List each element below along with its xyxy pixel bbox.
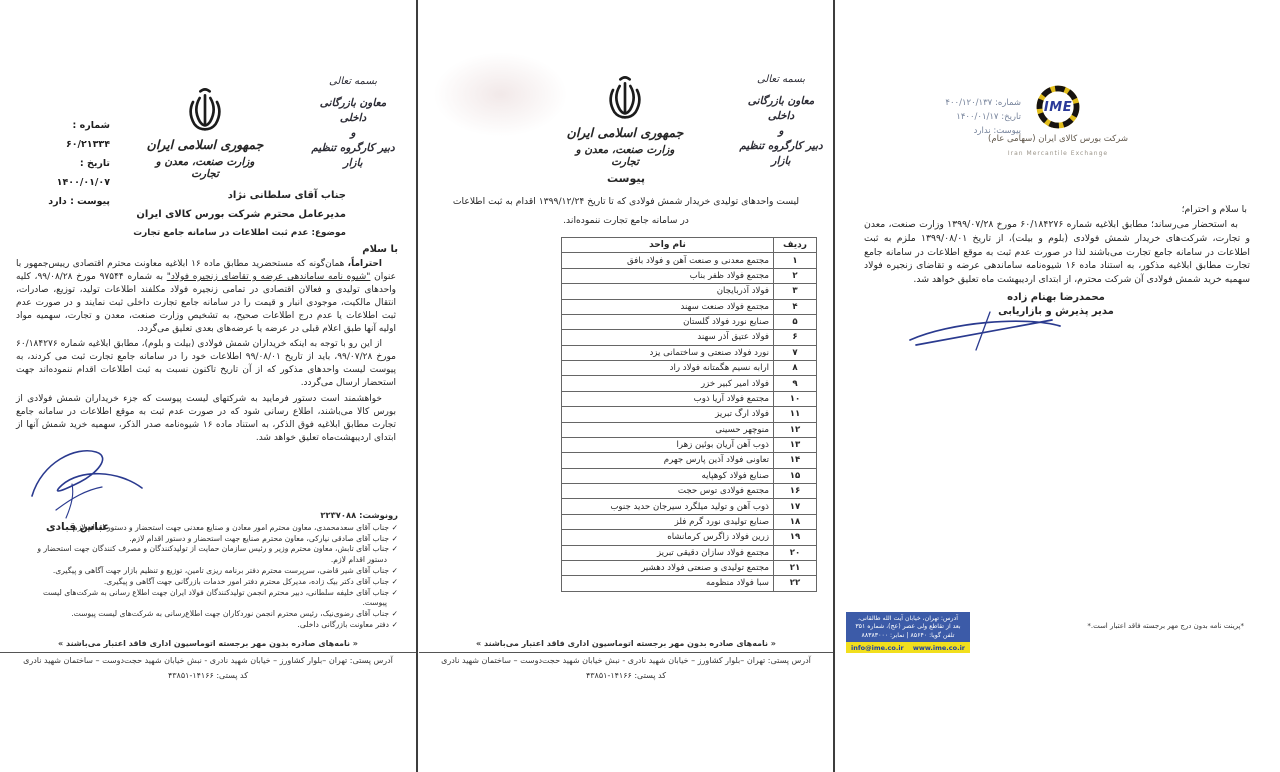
cc-item: ✓جناب آقای رضوی‌نیک، رئیس محترم انجمن نو… [16,609,398,620]
role-line: و [735,124,827,139]
letter-meta-block: شماره: ۴۰۰/۱۲۰/۱۳۷ تاریخ: ۱۴۰۰/۰۱/۱۷ پیو… [871,96,1021,138]
letter-date: تاریخ: ۱۴۰۰/۰۱/۱۷ [871,110,1021,124]
government-letterhead: جمهوری اسلامی ایران وزارت صنعت، معدن و ت… [565,74,685,168]
letter-attachment: پیوست : دارد [26,192,110,211]
gov-line-republic: جمهوری اسلامی ایران [145,137,265,152]
intro-line: لیست واحدهای تولیدی خریدار شمش فولادی که… [447,192,805,211]
checkmark-icon: ✓ [389,523,398,534]
table-row: ۱۲ منوچهر حسینی [562,422,817,437]
footer-postal-code: کد پستی: ۱۴۱۶۶-۴۳۸۵۱ [419,671,833,680]
table-row: ۶ فولاد عتیق آذر سهند [562,330,817,345]
table-row: ۱۵ صنایع فولاد کوهپایه [562,468,817,483]
table-row: ۴ مجتمع فولاد صنعت سهند [562,299,817,314]
cc-item: ✓جناب آقای شیر قاضی، سرپرست محترم دفتر ب… [16,566,398,577]
table-row: ۵ صنایع نورد فولاد گلستان [562,314,817,329]
checkmark-icon: ✓ [389,534,398,545]
scanned-letters-canvas: شماره : ۶۰/۲۱۳۳۴ تاریخ : ۱۴۰۰/۰۱/۰۷ پیوس… [0,0,1280,772]
cc-item: ✓جناب آقای تابش، معاون محترم وزیر و رئیس… [16,544,398,566]
role-line: دبیر کارگروه تنظیم بازار [306,141,400,171]
salutation: با سلام [362,244,398,255]
addressee-title: مدیرعامل محترم شرکت بورس کالای ایران [136,205,346,224]
letter-body: به استحضار می‌رساند؛ مطابق ابلاغیه شماره… [864,218,1250,287]
cc-label: رونوشت: ۲۲۳۷۰۸۸ [16,510,398,521]
gov-line-ministry: وزارت صنعت، معدن و تجارت [145,156,265,180]
cc-item: ✓دفتر معاونت بازرگانی داخلی. [16,620,398,631]
checkmark-icon: ✓ [389,577,398,588]
contact-website: www.ime.co.ir [913,644,965,652]
contact-links-strip: info@ime.co.ir www.ime.co.ir [846,642,970,653]
table-row: ۱۳ ذوب آهن آریان بوئین زهرا [562,437,817,452]
iran-emblem-icon [605,74,645,122]
cc-item: ✓جناب آقای صادقی نیارکی، معاون محترم صنا… [16,534,398,545]
footer-validity-note: « نامه‌های صادره بدون مهر برجسته اتوماسی… [0,639,416,648]
footer-address: آدرس پستی: تهران –بلوار کشاورز – خیابان … [419,656,833,665]
table-row: ۱۷ ذوب آهن و تولید میلگرد سیرجان حدید جن… [562,499,817,514]
paragraph: احتراماً، همان‌گونه که مستحضرید مطابق ما… [16,258,396,335]
cc-item: ✓جناب آقای سعدمحمدی، معاون محترم امور مع… [16,523,398,534]
contact-email: info@ime.co.ir [851,644,904,652]
cc-block: رونوشت: ۲۲۳۷۰۸۸ ✓جناب آقای سعدمحمدی، معا… [16,510,398,631]
government-letterhead: جمهوری اسلامی ایران وزارت صنعت، معدن و ت… [145,86,265,180]
contact-phone-line: تلفن گویا: ۸۵۶۴۰ | نمابر: ۸۸۳۸۳۰۰۰ [849,632,967,640]
table-row: ۳ فولاد آذربایجان [562,284,817,299]
ime-logo-icon: IME [1035,84,1081,130]
salutation: با سلام و احترام؛ [1182,204,1247,215]
checkmark-icon: ✓ [389,609,398,620]
contact-address-block: آدرس: تهران، خیابان آیت الله طالقانی، بع… [846,612,970,642]
footer-divider [0,652,416,653]
ime-logo-mark: IME [1035,84,1081,130]
cc-item: ✓جناب آقای دکتر بیک زاده، مدیرکل محترم د… [16,577,398,588]
footer-postal-code: کد پستی: ۱۴۱۶۶-۴۳۸۵۱ [0,671,416,680]
addressee-block: جناب آقای سلطانی نژاد مدیرعامل محترم شرک… [136,186,346,224]
table-row: ۲ مجتمع فولاد ظفر بناب [562,268,817,283]
cc-item: ✓جناب آقای خلیفه سلطانی، دبیر محترم انجم… [16,588,398,610]
footer-validity-note: *پرینت نامه بدون درج مهر برجسته فاقد اعت… [1087,622,1244,630]
addressee-name: جناب آقای سلطانی نژاد [136,186,346,205]
table-row: ۸ ارابه نسیم هگمتانه فولاد راد [562,361,817,376]
attachment-title: پیوست [419,172,833,185]
table-row: ۱۹ زرین فولاد زاگرس کرمانشاه [562,530,817,545]
contact-address-line: آدرس: تهران، خیابان آیت الله طالقانی، [849,615,967,623]
iran-emblem-icon [185,86,225,134]
attachment-table: ردیف نام واحد ۱ مجتمع معدنی و صنعت آهن و… [561,237,817,592]
letter-page-ime: شماره: ۴۰۰/۱۲۰/۱۳۷ تاریخ: ۱۴۰۰/۰۱/۱۷ پیو… [836,0,1280,772]
table-row: ۱۴ تعاونی فولاد آذین پارس جهرم [562,453,817,468]
role-line: معاون بازرگانی داخلی [735,94,827,124]
contact-address-line: بعد از تقاطع ولی عصر (عج)، شماره ۳۵۱ [849,623,967,631]
table-row: ۱ مجتمع معدنی و صنعت آهن و فولاد بافق [562,253,817,268]
table-row: ۹ فولاد امیر کبیر خزر [562,376,817,391]
gov-line-ministry: وزارت صنعت، معدن و تجارت [565,144,685,168]
table-row: ۲۰ مجتمع فولاد سازان دقیقی تبریز [562,545,817,560]
table-row: ۱۱ فولاد ارگ تبریز [562,407,817,422]
scan-smudge [433,52,568,137]
letterhead-calligraphy: بسمه تعالی معاون بازرگانی داخلی و دبیر ک… [306,76,400,171]
column-header-unit-name: نام واحد [562,238,774,253]
company-name-fa: شرکت بورس کالای ایران (سهامی عام) [973,134,1143,144]
letter-body: احتراماً، همان‌گونه که مستحضرید مطابق ما… [16,258,396,448]
footer-divider [419,652,833,653]
checkmark-icon: ✓ [389,544,398,555]
paragraph: خواهشمند است دستور فرمایید به شرکتهای لی… [16,393,396,445]
checkmark-icon: ✓ [389,566,398,577]
besmellah-text: بسمه تعالی [735,74,827,85]
checkmark-icon: ✓ [389,588,398,599]
letter-number: شماره: ۴۰۰/۱۲۰/۱۳۷ [871,96,1021,110]
checkmark-icon: ✓ [389,620,398,631]
besmellah-text: بسمه تعالی [306,76,400,87]
role-line: دبیر کارگروه تنظیم بازار [735,139,827,169]
role-line: و [306,126,400,141]
cc-list: ✓جناب آقای سعدمحمدی، معاون محترم امور مع… [16,523,398,631]
table-header-row: ردیف نام واحد [562,238,817,253]
letter-number: شماره : ۶۰/۲۱۳۳۴ [26,116,110,154]
table-row: ۱۰ مجتمع فولاد آریا ذوب [562,391,817,406]
signature-icon [906,310,1066,352]
intro-line: در سامانه جامع تجارت ننموده‌اند. [447,211,805,230]
footer-validity-note: « نامه‌های صادره بدون مهر برجسته اتوماسی… [419,639,833,648]
company-name-en: Iran Mercantile Exchange [973,150,1143,157]
table-row: ۲۲ سبا فولاد منظومه [562,576,817,591]
letter-page-attachment: بسمه تعالی معاون بازرگانی داخلی و دبیر ک… [419,0,835,772]
table-row: ۱۸ صنایع تولیدی نورد گرم فلز [562,514,817,529]
column-header-row-number: ردیف [774,238,817,253]
letter-meta-block: شماره : ۶۰/۲۱۳۳۴ تاریخ : ۱۴۰۰/۰۱/۰۷ پیوس… [26,116,110,211]
letter-date: تاریخ : ۱۴۰۰/۰۱/۰۷ [26,154,110,192]
paragraph: از این رو با توجه به اینکه خریداران شمش … [16,338,396,390]
gov-line-republic: جمهوری اسلامی ایران [565,125,685,140]
letter-subject: موضوع: عدم ثبت اطلاعات در سامانه جامع تج… [133,228,346,238]
table-row: ۷ نورد فولاد صنعتی و ساختمانی یزد [562,345,817,360]
table-row: ۲۱ مجتمع تولیدی و صنعتی فولاد دهشیر [562,560,817,575]
letterhead-calligraphy: بسمه تعالی معاون بازرگانی داخلی و دبیر ک… [735,74,827,169]
footer-address: آدرس پستی: تهران –بلوار کشاورز – خیابان … [0,656,416,665]
letter-page-ministry: شماره : ۶۰/۲۱۳۳۴ تاریخ : ۱۴۰۰/۰۱/۰۷ پیوس… [0,0,418,772]
role-line: معاون بازرگانی داخلی [306,96,400,126]
contact-box: آدرس: تهران، خیابان آیت الله طالقانی، بع… [846,612,970,653]
attachment-intro: لیست واحدهای تولیدی خریدار شمش فولادی که… [447,192,805,230]
table-row: ۱۶ مجتمع فولادی توس حجت [562,484,817,499]
signer-name: محمدرضا بهنام زاده [996,291,1116,305]
